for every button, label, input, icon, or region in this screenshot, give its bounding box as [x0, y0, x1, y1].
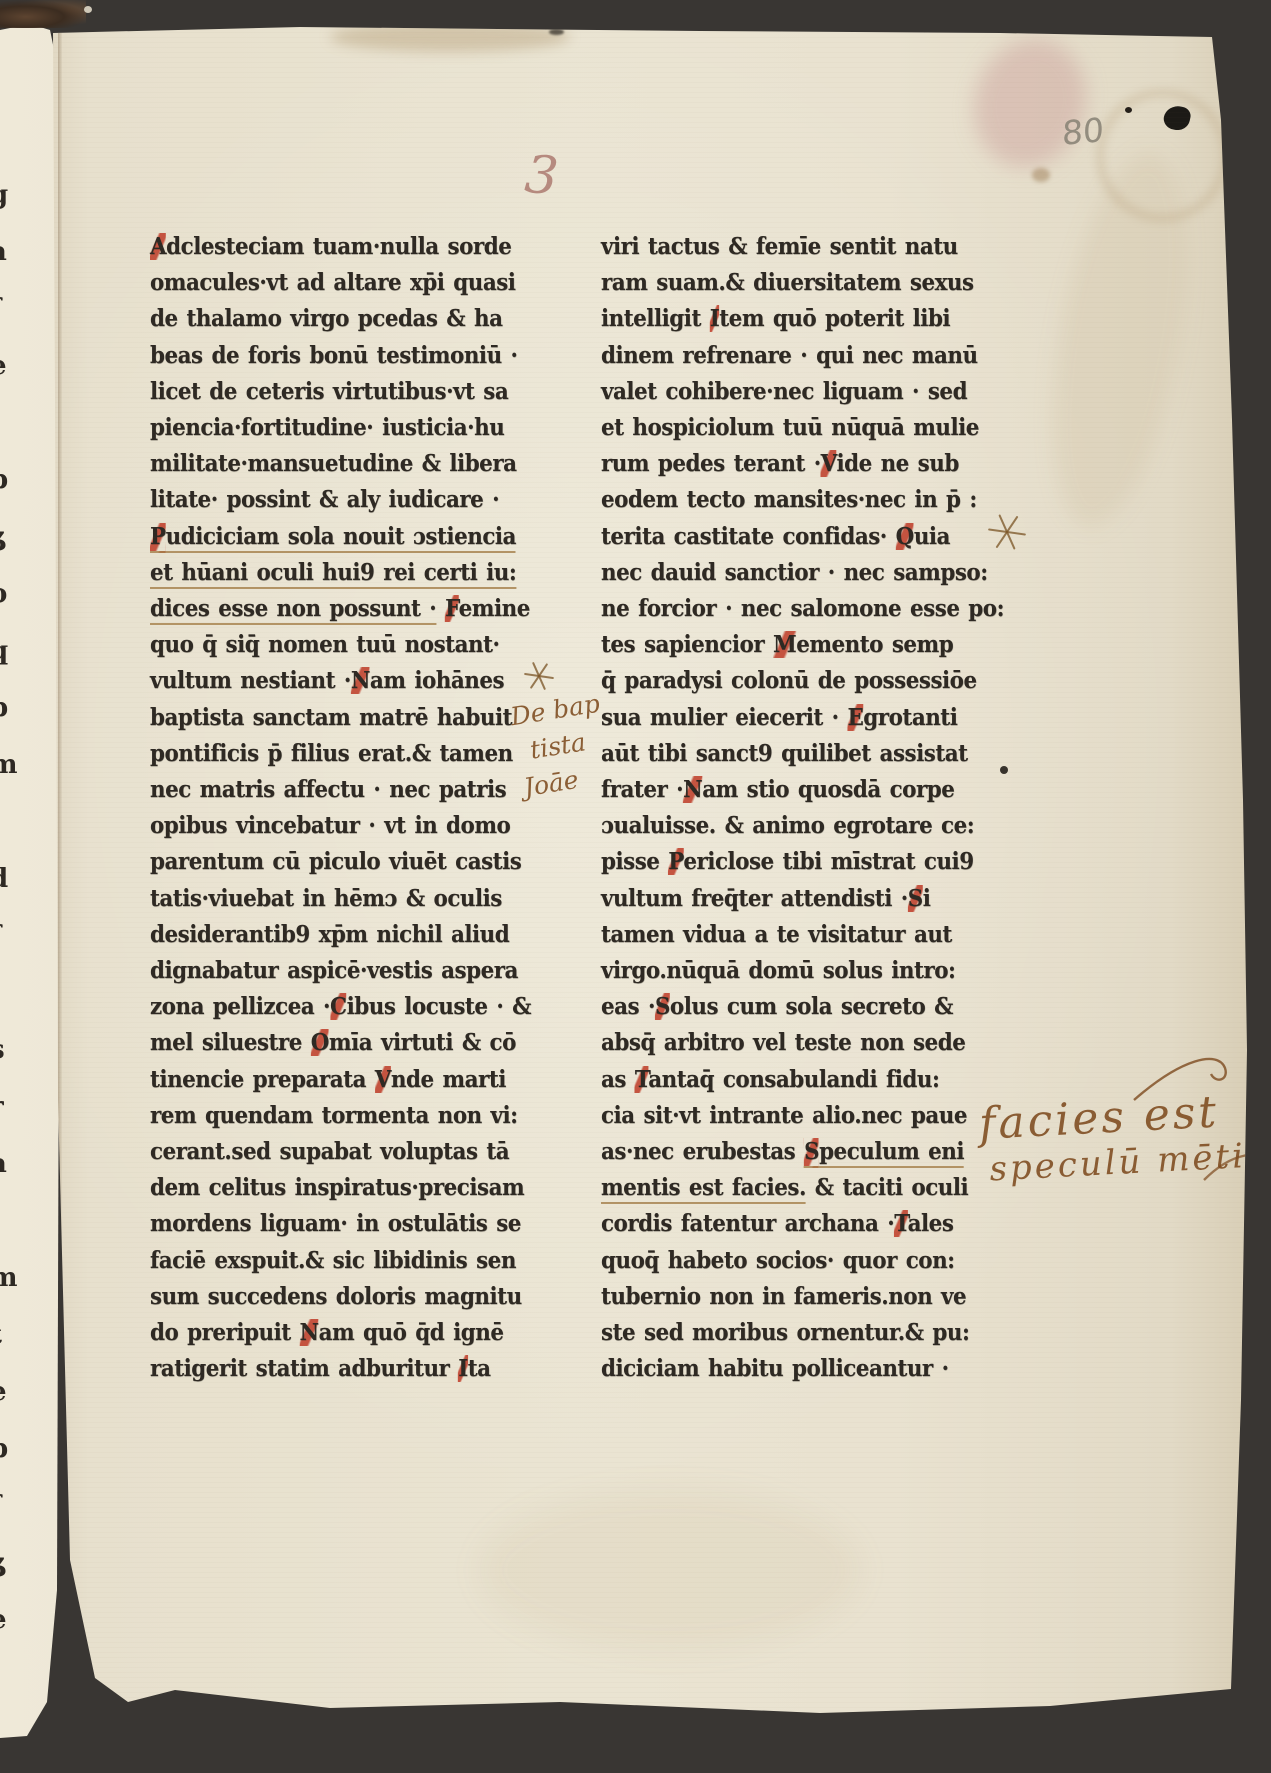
- text-segment: tatis·viuebat in hēmɔ & oculis: [150, 885, 502, 912]
- rubricated-letter: O: [311, 1029, 329, 1056]
- text-line: tinencie preparata Vnde marti: [150, 1062, 509, 1098]
- text-line: dem celitus inspiratus·precisam: [150, 1170, 509, 1206]
- right-margin-annotation: facies est speculū mēti: [978, 1085, 1247, 1190]
- text-line: virgo.nūquā domū solus intro:: [601, 953, 960, 989]
- text-line: tatis·viuebat in hēmɔ & oculis: [150, 881, 509, 917]
- edge-text-fragment: ſ: [0, 921, 1, 951]
- text-segment: eodem tecto mansites·nec in p̄ :: [601, 486, 977, 513]
- text-segment: ram suam.& diuersitatem sexus: [601, 269, 974, 296]
- text-column-left: Adclesteciam tuam·nulla sordeomacules·vt…: [150, 229, 536, 1388]
- text-segment: litate· possint & aly iudicare ·: [150, 486, 499, 513]
- text-segment: tubernio non in fameris.non ve: [601, 1283, 966, 1310]
- text-line: opibus vincebatur · vt in domo: [150, 808, 509, 844]
- edge-text-fragment: e: [0, 351, 7, 381]
- text-segment: dignabatur aspicē·vestis aspera: [150, 957, 518, 984]
- rubricated-letter: Q: [896, 523, 914, 550]
- text-line: mentis est facies. & taciti oculi: [601, 1170, 960, 1206]
- text-segment: mentis est facies.: [601, 1174, 806, 1204]
- rubricated-letter: V: [375, 1066, 391, 1093]
- text-segment: sum succedens doloris magnitu: [150, 1283, 522, 1310]
- edge-text-fragment: e: [0, 1377, 7, 1407]
- text-segment: nec dauid sanctior · nec sampso:: [601, 559, 988, 586]
- edge-text-fragment: b: [0, 465, 8, 495]
- text-segment: baptista sanctam matrē habuit: [150, 704, 512, 731]
- margin-star-icon: [524, 660, 554, 690]
- text-segment: intelligit: [601, 305, 710, 332]
- text-line: cia sit·vt intrante alio.nec paue: [601, 1098, 960, 1134]
- intercolumn-annotation: De bap tista Joāe: [508, 686, 613, 807]
- edge-text-fragment: ʒ: [0, 522, 5, 552]
- text-segment: ibus locuste · &: [347, 993, 531, 1020]
- text-segment: nde marti: [391, 1066, 506, 1093]
- text-line: Adclesteciam tuam·nulla sorde: [150, 229, 509, 265]
- text-segment: tamen vidua a te visitatur aut: [601, 921, 952, 948]
- text-segment: sua mulier eiecerit ·: [601, 704, 847, 731]
- text-segment: militate·mansuetudine & libera: [150, 450, 517, 477]
- text-line: sua mulier eiecerit · Egrotanti: [601, 700, 960, 736]
- text-line: ste sed moribus ornentur.& pu:: [601, 1315, 960, 1351]
- text-line: dices esse non possunt · Femine: [150, 591, 509, 627]
- text-line: parentum cū piculo viuēt castis: [150, 844, 509, 880]
- text-segment: nec matris affectu · nec patris: [150, 776, 506, 803]
- text-segment: emine: [459, 595, 530, 622]
- text-line: litate· possint & aly iudicare ·: [150, 482, 509, 518]
- text-line: diciciam habitu polliceantur ·: [601, 1351, 960, 1387]
- paper-stain: [1028, 142, 1212, 537]
- text-segment: valet cohibere·nec liguam · sed: [601, 378, 967, 405]
- text-line: zona pellizcea ·Cibus locuste · &: [150, 989, 509, 1025]
- text-line: viri tactus & femīe sentit natu: [601, 229, 960, 265]
- text-line: vultum freq̄ter attendisti ·Si: [601, 881, 960, 917]
- rubricated-letter: I: [710, 305, 720, 332]
- text-line: cerant.sed supabat voluptas tā: [150, 1134, 509, 1170]
- stain-ring: [1095, 88, 1230, 223]
- rubricated-letter: A: [150, 233, 166, 260]
- text-segment: viri tactus & femīe sentit natu: [601, 233, 958, 260]
- text-segment: omacules·vt ad altare xp̄i quasi: [150, 269, 515, 296]
- rubricated-letter: E: [847, 704, 863, 731]
- rubricated-letter: S: [655, 993, 670, 1020]
- edge-text-fragment: e: [0, 1605, 7, 1635]
- text-segment: pontificis p̄ filius erat.& tamen: [150, 740, 513, 767]
- text-segment: do preripuit: [150, 1319, 300, 1346]
- text-line: pisse Periclose tibi mīstrat cui9: [601, 844, 960, 880]
- text-line: quoq̄ habeto socios· quor con:: [601, 1243, 960, 1279]
- text-line: mel siluestre Omīa virtuti & cō: [150, 1025, 509, 1061]
- text-line: ɔualuisse. & animo egrotare ce:: [601, 808, 960, 844]
- rubricated-letter: N: [351, 667, 370, 694]
- text-segment: & taciti oculi: [806, 1174, 968, 1201]
- rubricated-letter: V: [821, 450, 837, 477]
- text-segment: olus cum sola secreto &: [670, 993, 953, 1020]
- text-segment: beas de foris bonū testimoniū ·: [150, 342, 518, 369]
- text-segment: ide ne sub: [836, 450, 958, 477]
- text-segment: zona pellizcea ·: [150, 993, 330, 1020]
- rubricated-letter: S: [804, 1138, 819, 1168]
- text-line: ne forcior · nec salomone esse po:: [601, 591, 960, 627]
- ink-blot: [1162, 104, 1192, 133]
- edge-text-fragment: a: [0, 237, 7, 267]
- text-line: pontificis p̄ filius erat.& tamen: [150, 736, 509, 772]
- text-segment: mīa virtuti & cō: [329, 1029, 516, 1056]
- text-segment: dem celitus inspiratus·precisam: [150, 1174, 524, 1201]
- text-segment: rem quendam tormenta non vi:: [150, 1102, 518, 1129]
- text-line: militate·mansuetudine & libera: [150, 446, 509, 482]
- edge-text-fragment: q: [0, 636, 8, 666]
- text-segment: cordis fatentur archana ·: [601, 1210, 894, 1237]
- text-line: nec matris affectu · nec patris: [150, 772, 509, 808]
- text-line: rem quendam tormenta non vi:: [150, 1098, 509, 1134]
- text-line: dignabatur aspicē·vestis aspera: [150, 953, 509, 989]
- text-segment: ste sed moribus ornentur.& pu:: [601, 1319, 969, 1346]
- paper-speck: [84, 6, 92, 13]
- text-segment: grotanti: [863, 704, 957, 731]
- edge-text-fragment: ſ: [0, 294, 1, 324]
- binding-threads: [0, 0, 86, 28]
- text-segment: ne forcior · nec salomone esse po:: [601, 595, 1004, 622]
- text-segment: eas ·: [601, 993, 655, 1020]
- text-segment: pisse: [601, 848, 668, 875]
- text-line: ratigerit statim adburitur Ita: [150, 1351, 509, 1387]
- text-segment: cia sit·vt intrante alio.nec paue: [601, 1102, 967, 1129]
- text-segment: [436, 595, 445, 622]
- edge-text-fragment: p: [0, 693, 8, 723]
- text-segment: dclesteciam tuam·nulla sorde: [166, 233, 511, 260]
- text-line: terita castitate confidas· Quia: [601, 519, 960, 555]
- text-column-right: viri tactus & femīe sentit naturam suam.…: [601, 229, 987, 1388]
- text-segment: tinencie preparata: [150, 1066, 375, 1093]
- text-line: beas de foris bonū testimoniū ·: [150, 338, 509, 374]
- text-line: as·nec erubestas Speculum eni: [601, 1134, 960, 1170]
- text-segment: peculum eni: [819, 1138, 964, 1168]
- text-line: aūt tibi sanct9 quilibet assistat: [601, 736, 960, 772]
- edge-text-fragment: r: [0, 1092, 4, 1122]
- quire-mark: 3: [522, 145, 560, 208]
- text-segment: am quō q̄d ignē: [319, 1319, 504, 1346]
- text-segment: ɔualuisse. & animo egrotare ce:: [601, 812, 974, 839]
- text-segment: parentum cū piculo viuēt castis: [150, 848, 521, 875]
- text-line: et hūani oculi hui9 rei certi iu:: [150, 555, 509, 591]
- text-segment: et hūani oculi hui9 rei certi iu:: [150, 559, 516, 589]
- text-segment: rum pedes terant ·: [601, 450, 821, 477]
- paper-stain: [958, 24, 1103, 182]
- edge-text-fragment: m: [0, 1263, 18, 1293]
- text-segment: dices esse non possunt ·: [150, 595, 436, 625]
- text-line: rum pedes terant ·Vide ne sub: [601, 446, 960, 482]
- text-line: quo q̄ siq̄ nomen tuū nostant·: [150, 627, 509, 663]
- rubricated-letter: S: [908, 885, 923, 912]
- text-line: faciē exspuit.& sic libidinis sen: [150, 1243, 509, 1279]
- text-segment: quoq̄ habeto socios· quor con:: [601, 1247, 955, 1274]
- rubricated-letter: N: [300, 1319, 319, 1346]
- rubricated-letter: C: [330, 993, 347, 1020]
- text-segment: mel siluestre: [150, 1029, 311, 1056]
- text-segment: tes sapiencior: [601, 631, 773, 658]
- rubricated-letter: T: [635, 1066, 648, 1093]
- text-line: baptista sanctam matrē habuit: [150, 700, 509, 736]
- text-line: Pudiciciam sola nouit ɔstiencia: [150, 519, 509, 555]
- text-line: valet cohibere·nec liguam · sed: [601, 374, 960, 410]
- text-line: absq̄ arbitro vel teste non sede: [601, 1025, 960, 1061]
- manuscript-page: 3 80 Adclesteciam tuam·nulla sordeomacul…: [0, 0, 1271, 1773]
- text-line: tamen vidua a te visitatur aut: [601, 917, 960, 953]
- text-segment: desiderantib9 xp̄m nichil aliud: [150, 921, 509, 948]
- text-line: mordens liguam· in ostulātis se: [150, 1206, 509, 1242]
- edge-text-fragment: o: [0, 579, 7, 609]
- rubricated-letter: P: [150, 523, 166, 553]
- text-segment: ericlose tibi mīstrat cui9: [683, 848, 973, 875]
- text-segment: vultum nestiant ·: [150, 667, 351, 694]
- text-segment: piencia·fortitudine· iusticia·hu: [150, 414, 504, 441]
- text-segment: uia: [914, 523, 950, 550]
- text-line: frater ·Nam stio quosdā corpe: [601, 772, 960, 808]
- text-segment: ales: [908, 1210, 954, 1237]
- text-segment: opibus vincebatur · vt in domo: [150, 812, 510, 839]
- text-segment: ratigerit statim adburitur: [150, 1355, 458, 1382]
- text-segment: as·nec erubestas: [601, 1138, 804, 1165]
- rubricated-letter: P: [668, 848, 683, 875]
- text-segment: i: [923, 885, 931, 912]
- text-line: de thalamo virgo pcedas & ha: [150, 301, 509, 337]
- text-line: eodem tecto mansites·nec in p̄ :: [601, 482, 960, 518]
- ink-dot: [1000, 766, 1008, 774]
- text-line: dinem refrenare · qui nec manū: [601, 338, 960, 374]
- edge-text-fragment: ſ: [0, 1491, 1, 1521]
- text-line: cordis fatentur archana ·Tales: [601, 1206, 960, 1242]
- text-segment: virgo.nūquā domū solus intro:: [601, 957, 955, 984]
- text-segment: quo q̄ siq̄ nomen tuū nostant·: [150, 631, 499, 658]
- text-segment: tem quō poterit libi: [719, 305, 950, 332]
- text-segment: licet de ceteris virtutibus·vt sa: [150, 378, 508, 405]
- text-line: nec dauid sanctior · nec sampso:: [601, 555, 960, 591]
- scan-background: { "page": { "quire_mark": "3", "folio_nu…: [0, 0, 1271, 1773]
- text-segment: et hospiciolum tuū nūquā mulie: [601, 414, 979, 441]
- paper-stain: [330, 22, 570, 52]
- edge-text-fragment: d: [0, 864, 8, 894]
- text-line: omacules·vt ad altare xp̄i quasi: [150, 265, 509, 301]
- edge-text-fragment: t: [0, 1320, 2, 1350]
- text-line: sum succedens doloris magnitu: [150, 1279, 509, 1315]
- paper-stain: [1032, 168, 1050, 182]
- text-segment: am stio quosdā corpe: [702, 776, 954, 803]
- edge-text-fragment: ʒ: [0, 1548, 5, 1578]
- gutter-crease: [58, 26, 62, 1738]
- text-line: eas ·Solus cum sola secreto &: [601, 989, 960, 1025]
- text-segment: vultum freq̄ter attendisti ·: [601, 885, 908, 912]
- margin-star-icon: [988, 512, 1026, 550]
- text-line: do preripuit Nam quō q̄d ignē: [150, 1315, 509, 1351]
- edge-text-fragment: p: [0, 1434, 8, 1464]
- rubricated-letter: T: [894, 1210, 907, 1237]
- text-segment: ta: [468, 1355, 491, 1382]
- text-segment: antaq̄ consabulandi fidu:: [648, 1066, 939, 1093]
- text-segment: aūt tibi sanct9 quilibet assistat: [601, 740, 968, 767]
- edge-text-fragment: g: [0, 180, 8, 210]
- text-segment: dinem refrenare · qui nec manū: [601, 342, 978, 369]
- text-segment: de thalamo virgo pcedas & ha: [150, 305, 502, 332]
- text-line: piencia·fortitudine· iusticia·hu: [150, 410, 509, 446]
- text-line: desiderantib9 xp̄m nichil aliud: [150, 917, 509, 953]
- text-segment: absq̄ arbitro vel teste non sede: [601, 1029, 965, 1056]
- text-line: as Tantaq̄ consabulandi fidu:: [601, 1062, 960, 1098]
- text-segment: udiciciam sola nouit ɔstiencia: [166, 523, 516, 553]
- text-segment: emento semp: [796, 631, 953, 658]
- text-line: licet de ceteris virtutibus·vt sa: [150, 374, 509, 410]
- ink-speck: [549, 29, 564, 35]
- edge-text-fragment: s: [0, 1035, 5, 1065]
- text-segment: mordens liguam· in ostulātis se: [150, 1210, 521, 1237]
- paper-stain: [480, 1490, 860, 1650]
- text-line: q̄ paradysi colonū de possessiōe: [601, 663, 960, 699]
- text-segment: as: [601, 1066, 635, 1093]
- rubricated-letter: N: [683, 776, 702, 803]
- text-segment: cerant.sed supabat voluptas tā: [150, 1138, 509, 1165]
- folio-number: 80: [1062, 110, 1105, 153]
- rubricated-letter: I: [458, 1355, 468, 1382]
- text-line: tes sapiencior Memento semp: [601, 627, 960, 663]
- text-line: et hospiciolum tuū nūquā mulie: [601, 410, 960, 446]
- text-line: intelligit Item quō poterit libi: [601, 301, 960, 337]
- edge-text-fragment: a: [0, 1149, 7, 1179]
- rubricated-letter: F: [445, 595, 459, 622]
- text-segment: am iohānes: [370, 667, 504, 694]
- text-line: vultum nestiant ·Nam iohānes: [150, 663, 509, 699]
- text-segment: diciciam habitu polliceantur ·: [601, 1355, 949, 1382]
- text-segment: faciē exspuit.& sic libidinis sen: [150, 1247, 516, 1274]
- ink-speck: [1125, 107, 1132, 113]
- edge-text-fragment: m: [0, 750, 18, 780]
- text-segment: q̄ paradysi colonū de possessiōe: [601, 667, 977, 694]
- rubricated-letter: M: [773, 631, 796, 658]
- text-line: ram suam.& diuersitatem sexus: [601, 265, 960, 301]
- text-segment: terita castitate confidas·: [601, 523, 896, 550]
- text-line: tubernio non in fameris.non ve: [601, 1279, 960, 1315]
